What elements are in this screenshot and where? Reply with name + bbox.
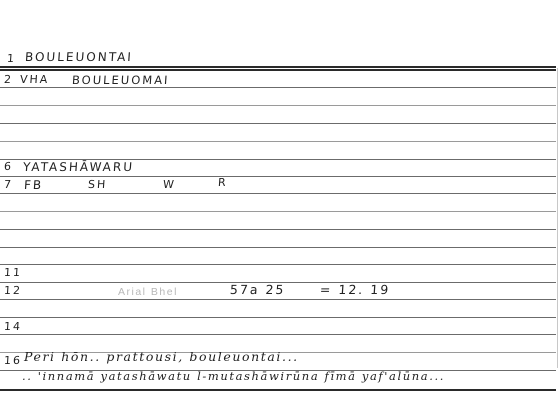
- line-text: Peri hōn.. prattousi, bouleuontai...: [24, 349, 299, 364]
- line-number: 12: [4, 284, 23, 297]
- rule-line: [0, 317, 556, 318]
- line-number: 16: [4, 354, 23, 367]
- rule-line: [0, 141, 556, 142]
- line-value: 57a 25: [229, 282, 286, 297]
- rule-line: [0, 69, 556, 71]
- line-number: 11: [4, 266, 23, 279]
- rule-line: [0, 176, 556, 177]
- line-text: FB: [24, 178, 44, 192]
- line-number: 14: [4, 320, 23, 333]
- line-text: BOULEUONTAI: [25, 50, 134, 64]
- rule-line: [0, 299, 556, 300]
- rule-line: [0, 211, 556, 212]
- margin-line: [557, 68, 558, 368]
- rule-line: [0, 105, 556, 106]
- rule-line: [0, 389, 556, 391]
- rule-line: [0, 87, 556, 88]
- line-text: VHA: [20, 73, 50, 86]
- line-text: YATASHĀWARU: [23, 160, 135, 174]
- rule-line: [0, 193, 556, 194]
- rule-line: [0, 334, 556, 335]
- line-text: SH: [88, 178, 108, 191]
- line-number: 2: [4, 73, 14, 86]
- line-number: 1: [7, 52, 17, 65]
- line-text: .. 'innamā yatashāwatu l-mutashāwirūna f…: [22, 369, 445, 383]
- rule-line: [0, 123, 556, 124]
- line-result: = 12. 19: [319, 282, 390, 297]
- line-number: 7: [4, 178, 14, 191]
- line-number: 6: [4, 160, 14, 173]
- rule-line: [0, 66, 556, 68]
- rule-line: [0, 229, 556, 230]
- rule-line: [0, 264, 556, 265]
- line-text: BOULEUOMAI: [72, 73, 170, 87]
- rule-line: [0, 247, 556, 248]
- line-text: W: [163, 178, 177, 191]
- line-text: R: [218, 176, 229, 189]
- faint-text: Arial Bhel: [118, 286, 178, 298]
